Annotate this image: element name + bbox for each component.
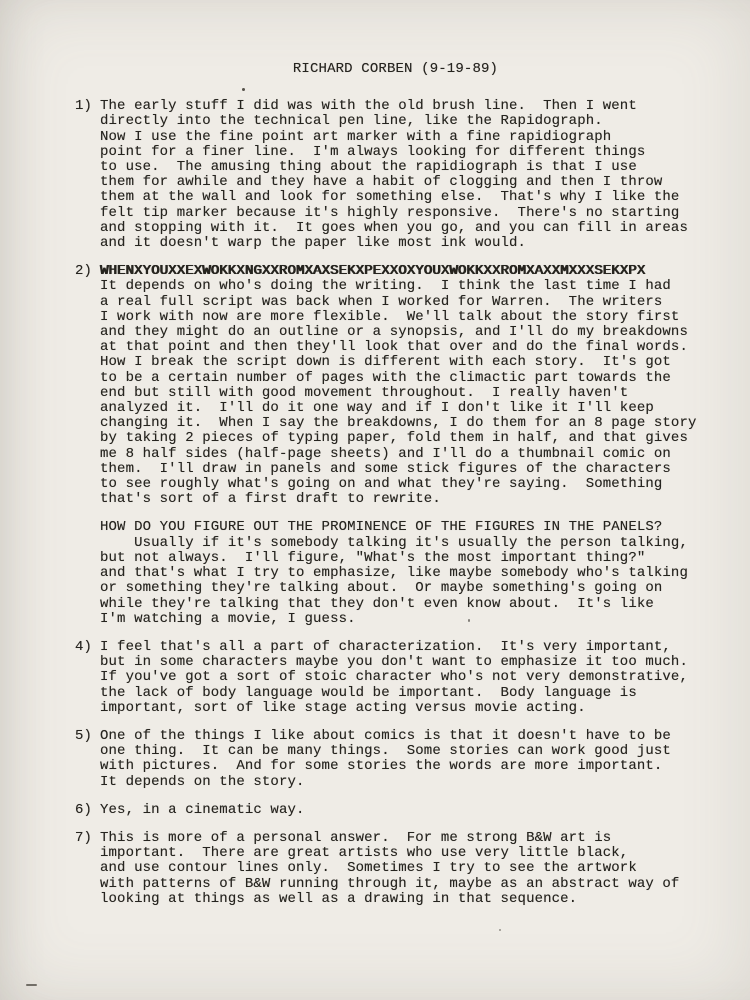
scan-mark <box>26 984 37 986</box>
qa-item: 5)One of the things I like about comics … <box>75 729 702 790</box>
item-number: 4) <box>75 640 100 655</box>
item-text: I feel that's all a part of characteriza… <box>100 640 702 716</box>
item-text-column: HOW DO YOU FIGURE OUT THE PROMINENCE OF … <box>100 520 702 626</box>
item-text-column: The early stuff I did was with the old b… <box>100 99 702 251</box>
document-page: RICHARD CORBEN (9-19-89) 1)The early stu… <box>0 0 750 1000</box>
item-text-column: One of the things I like about comics is… <box>100 729 702 790</box>
item-number: 2) <box>75 264 100 279</box>
qa-item: 6)Yes, in a cinematic way. <box>75 803 702 818</box>
scan-speck <box>242 88 245 91</box>
item-text: Yes, in a cinematic way. <box>100 803 702 818</box>
qa-list: 1)The early stuff I did was with the old… <box>75 99 702 907</box>
item-text: This is more of a personal answer. For m… <box>100 831 702 907</box>
item-text-column: I feel that's all a part of characteriza… <box>100 640 702 716</box>
qa-item: 7)This is more of a personal answer. For… <box>75 831 702 907</box>
item-text-column: WHENXYOUXXEXWOKKXNGXXROMXAXSEKXPEXXOXYOU… <box>100 264 702 507</box>
qa-item: 1)The early stuff I did was with the old… <box>75 99 702 251</box>
item-number: 7) <box>75 831 100 846</box>
item-text-column: This is more of a personal answer. For m… <box>100 831 702 907</box>
qa-item: 4)I feel that's all a part of characteri… <box>75 640 702 716</box>
item-text: The early stuff I did was with the old b… <box>100 99 702 251</box>
item-text: One of the things I like about comics is… <box>100 729 702 790</box>
item-text: HOW DO YOU FIGURE OUT THE PROMINENCE OF … <box>100 520 702 626</box>
qa-item: HOW DO YOU FIGURE OUT THE PROMINENCE OF … <box>75 520 702 626</box>
scan-speck <box>468 619 470 622</box>
item-number: 6) <box>75 803 100 818</box>
document-title: RICHARD CORBEN (9-19-89) <box>89 62 702 77</box>
item-text: It depends on who's doing the writing. I… <box>100 279 702 507</box>
item-number: 5) <box>75 729 100 744</box>
item-text-column: Yes, in a cinematic way. <box>100 803 702 818</box>
item-number: 1) <box>75 99 100 114</box>
qa-item: 2)WHENXYOUXXEXWOKKXNGXXROMXAXSEKXPEXXOXY… <box>75 264 702 507</box>
scan-speck <box>499 929 501 931</box>
